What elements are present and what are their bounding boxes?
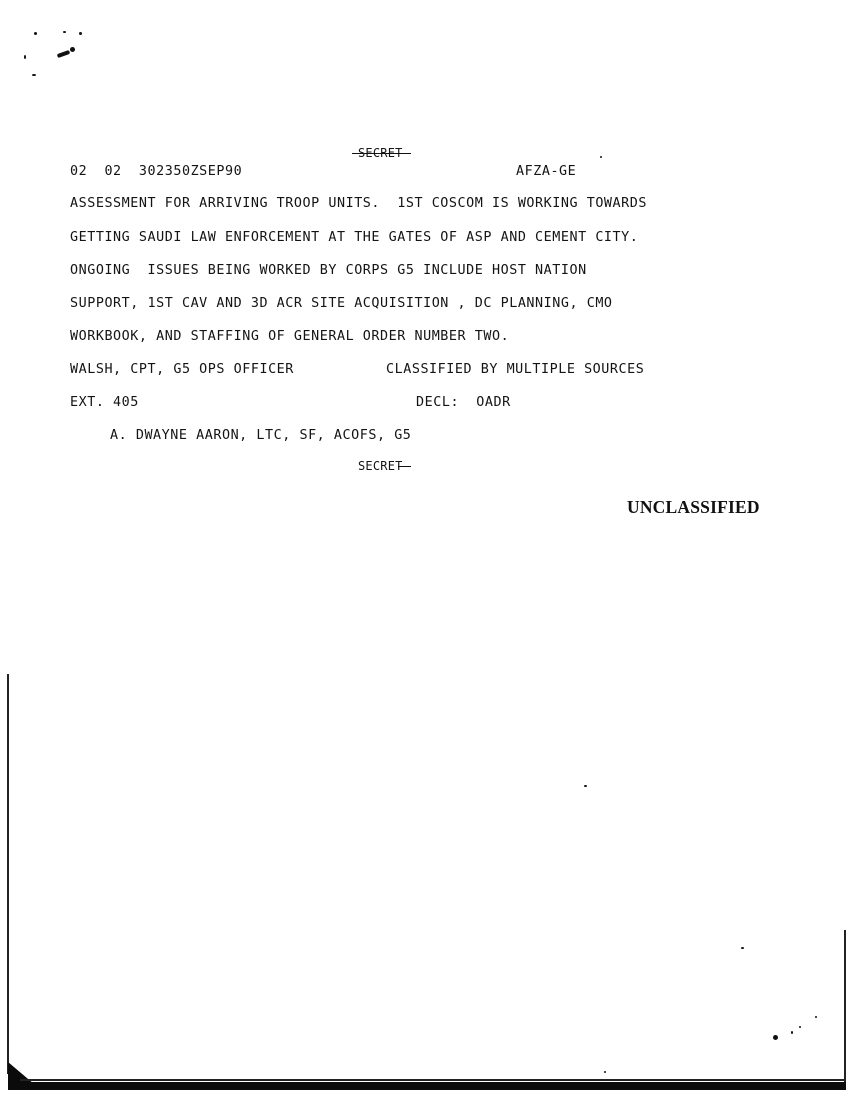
scan-speck xyxy=(32,74,36,76)
scan-speck xyxy=(70,47,75,52)
scan-speck xyxy=(791,1031,793,1034)
page-marking-unclassified: UNCLASSIFIED xyxy=(627,497,760,518)
scan-speck xyxy=(815,1016,817,1018)
strikethrough-line xyxy=(398,466,411,467)
document-page: SECRET 02 02 302350ZSEP90 AFZA-GE ASSESS… xyxy=(0,0,850,1097)
declassification: DECL: OADR xyxy=(416,395,511,411)
scan-bottom-edge xyxy=(8,1082,846,1090)
header-classification: SECRET xyxy=(358,146,403,160)
body-line: GETTING SAUDI LAW ENFORCEMENT AT THE GAT… xyxy=(70,230,638,246)
strikethrough-line xyxy=(352,153,411,154)
scan-speck xyxy=(63,31,66,33)
poc-extension: EXT. 405 xyxy=(70,395,139,411)
scan-mark xyxy=(57,50,71,58)
signature-block: A. DWAYNE AARON, LTC, SF, ACOFS, G5 xyxy=(110,428,411,444)
classified-by: CLASSIFIED BY MULTIPLE SOURCES xyxy=(386,362,644,378)
scan-speck xyxy=(24,55,26,59)
poc-name: WALSH, CPT, G5 OPS OFFICER xyxy=(70,362,294,378)
scan-speck xyxy=(773,1035,778,1040)
scan-speck xyxy=(79,32,82,35)
scan-speck xyxy=(604,1071,606,1073)
scan-speck xyxy=(584,785,587,787)
scan-speck xyxy=(741,947,744,949)
body-line: ASSESSMENT FOR ARRIVING TROOP UNITS. 1ST… xyxy=(70,196,647,212)
body-line: ONGOING ISSUES BEING WORKED BY CORPS G5 … xyxy=(70,263,587,279)
scan-speck xyxy=(799,1026,801,1028)
footer-classification-text: SECRET xyxy=(358,459,403,473)
scan-speck xyxy=(34,32,37,35)
scan-right-edge xyxy=(844,930,846,1084)
body-line: SUPPORT, 1ST CAV AND 3D ACR SITE ACQUISI… xyxy=(70,296,613,312)
page-reference: 02 02 302350ZSEP90 xyxy=(70,164,242,180)
office-symbol: AFZA-GE xyxy=(516,164,576,180)
scan-left-edge xyxy=(7,674,9,1074)
footer-classification: SECRET xyxy=(358,459,403,473)
scan-speck xyxy=(600,156,602,158)
scan-bottom-edge-line xyxy=(20,1079,846,1081)
body-line: WORKBOOK, AND STAFFING OF GENERAL ORDER … xyxy=(70,329,509,345)
